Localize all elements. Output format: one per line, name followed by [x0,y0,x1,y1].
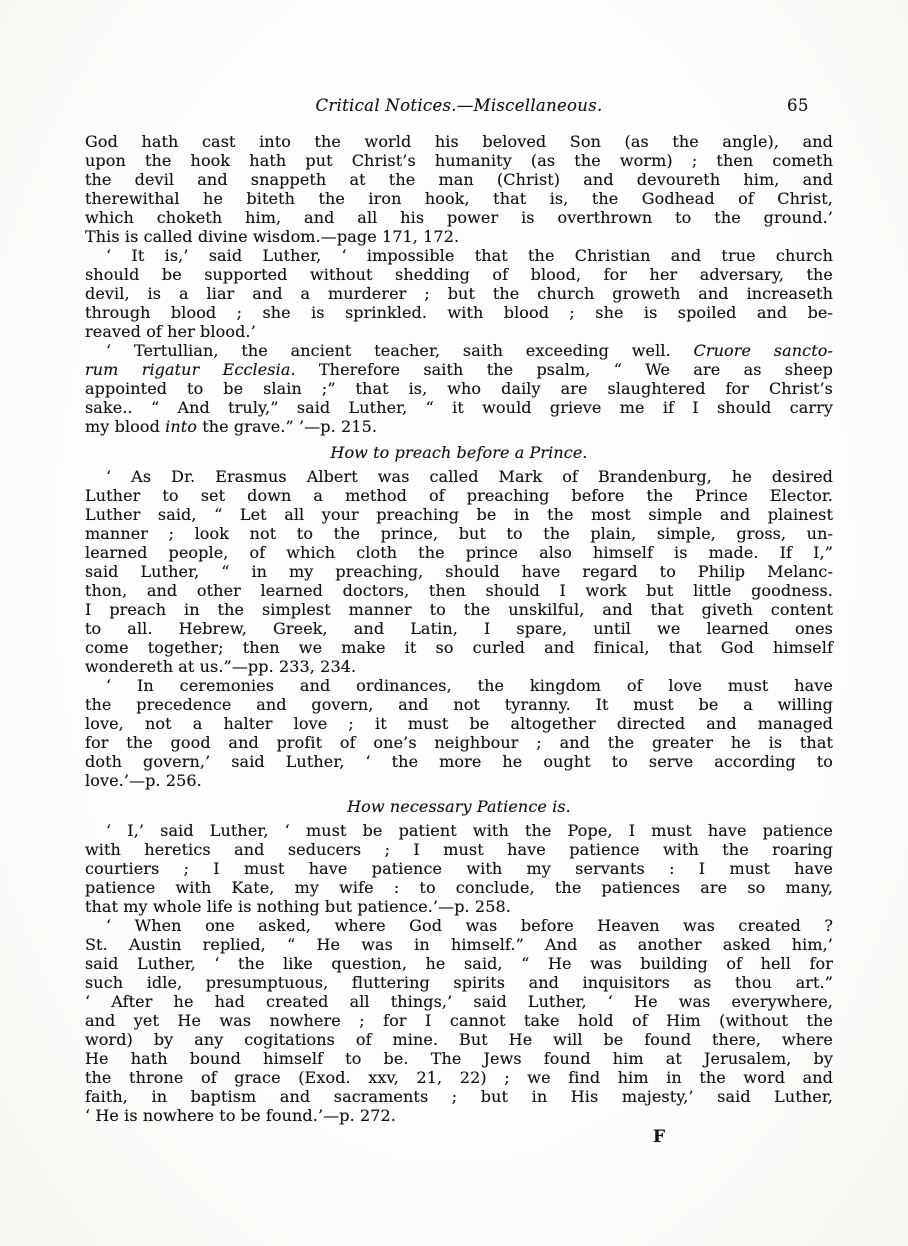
text-line: He hath bound himself to be. The Jews fo… [85,1049,833,1068]
text-line: love, not a halter love ; it must be alt… [85,714,833,733]
text-line: and yet He was nowhere ; for I cannot ta… [85,1011,833,1030]
paragraph: ‘ In ceremonies and ordinances, the king… [85,676,833,790]
text-line: that my whole life is nothing but patien… [85,897,833,916]
text-line: which choketh him, and all his power is … [85,208,833,227]
text-line: for the good and profit of one’s neighbo… [85,733,833,752]
text-line: reaved of her blood.’ [85,322,833,341]
text-line: faith, in baptism and sacraments ; but i… [85,1087,833,1106]
section-heading: How to preach before a Prince. [85,443,833,462]
text-line: should be supported without shedding of … [85,265,833,284]
text-line: the throne of grace (Exod. xxv, 21, 22) … [85,1068,833,1087]
text-line: through blood ; she is sprinkled. with b… [85,303,833,322]
text-line: St. Austin replied, “ He was in himself.… [85,935,833,954]
text-line: Luther said, “ Let all your preaching be… [85,505,833,524]
text-line: courtiers ; I must have patience with my… [85,859,833,878]
text-line: How necessary Patience is. [85,797,833,816]
text-line: to all. Hebrew, Greek, and Latin, I spar… [85,619,833,638]
text-line: I preach in the simplest manner to the u… [85,600,833,619]
book-page: Critical Notices.—Miscellaneous. 65 God … [0,0,908,1246]
text-line: wondereth at us.”—pp. 233, 234. [85,657,833,676]
text-line: rum rigatur Ecclesia. Therefore saith th… [85,360,833,379]
text-line: ‘ Tertullian, the ancient teacher, saith… [85,341,833,360]
text-line: said Luther, ‘ the like question, he sai… [85,954,833,973]
paragraph: God hath cast into the world his beloved… [85,132,833,246]
section-heading: How necessary Patience is. [85,797,833,816]
text-line: God hath cast into the world his beloved… [85,132,833,151]
paragraph: ‘ As Dr. Erasmus Albert was called Mark … [85,467,833,676]
text-line: This is called divine wisdom.—page 171, … [85,227,833,246]
text-line: such idle, presumptuous, fluttering spir… [85,973,833,992]
paragraph: ‘ Tertullian, the ancient teacher, saith… [85,341,833,436]
text-block: God hath cast into the world his beloved… [85,132,833,1125]
text-line: ‘ He is nowhere to be found.’—p. 272. [85,1106,833,1125]
text-line: Luther to set down a method of preaching… [85,486,833,505]
text-line: thon, and other learned doctors, then sh… [85,581,833,600]
text-line: learned people, of which cloth the princ… [85,543,833,562]
text-line: ‘ As Dr. Erasmus Albert was called Mark … [85,467,833,486]
text-line: manner ; look not to the prince, but to … [85,524,833,543]
text-line: ‘ It is,’ said Luther, ‘ impossible that… [85,246,833,265]
signature-mark: F [653,1127,666,1147]
text-line: ‘ I,’ said Luther, ‘ must be patient wit… [85,821,833,840]
paragraph: ‘ It is,’ said Luther, ‘ impossible that… [85,246,833,341]
page-number: 65 [787,96,809,115]
text-line: upon the hook hath put Christ’s humanity… [85,151,833,170]
text-line: the devil and snappeth at the man (Chris… [85,170,833,189]
text-line: love.’—p. 256. [85,771,833,790]
text-line: appointed to be slain ;” that is, who da… [85,379,833,398]
text-line: ‘ In ceremonies and ordinances, the king… [85,676,833,695]
text-line: the precedence and govern, and not tyran… [85,695,833,714]
text-line: ‘ After he had created all things,’ said… [85,992,833,1011]
paragraph: ‘ When one asked, where God was before H… [85,916,833,1125]
text-line: word) by any cogitations of mine. But He… [85,1030,833,1049]
text-line: ‘ When one asked, where God was before H… [85,916,833,935]
text-line: said Luther, “ in my preaching, should h… [85,562,833,581]
text-line: with heretics and seducers ; I must have… [85,840,833,859]
running-head: Critical Notices.—Miscellaneous. [85,96,833,115]
text-line: patience with Kate, my wife : to conclud… [85,878,833,897]
text-line: sake.. “ And truly,” said Luther, “ it w… [85,398,833,417]
page-header: Critical Notices.—Miscellaneous. 65 [85,96,833,118]
text-line: my blood into the grave.” ’—p. 215. [85,417,833,436]
paragraph: ‘ I,’ said Luther, ‘ must be patient wit… [85,821,833,916]
text-line: therewithal he biteth the iron hook, tha… [85,189,833,208]
text-line: devil, is a liar and a murderer ; but th… [85,284,833,303]
text-line: doth govern,’ said Luther, ‘ the more he… [85,752,833,771]
text-line: How to preach before a Prince. [85,443,833,462]
text-line: come together; then we make it so curled… [85,638,833,657]
